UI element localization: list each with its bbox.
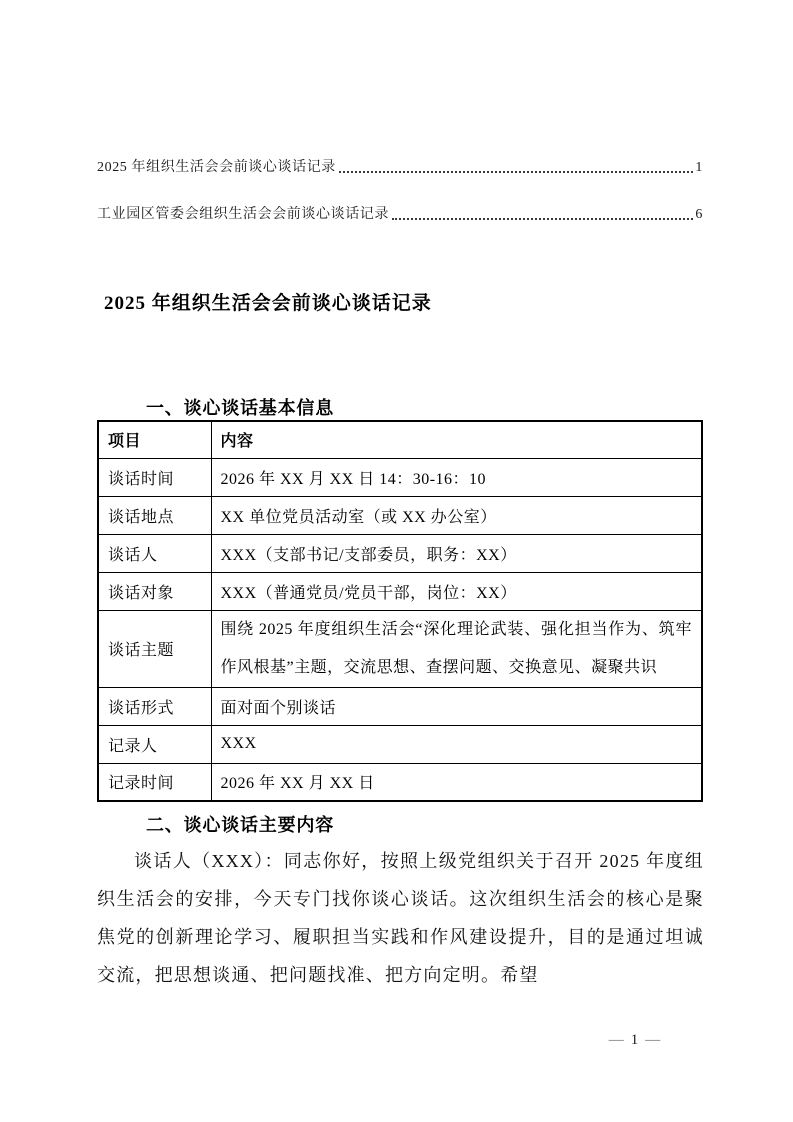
- row-value: 2026 年 XX 月 XX 日: [211, 763, 702, 801]
- table-of-contents: 2025 年组织生活会会前谈心谈话记录 1 工业园区管委会组织生活会会前谈心谈话…: [97, 156, 703, 250]
- toc-entry-label: 工业园区管委会组织生活会会前谈心谈话记录: [97, 203, 389, 223]
- section-heading-basic-info: 一、谈心谈话基本信息: [146, 394, 334, 420]
- table-header-content: 内容: [211, 421, 702, 458]
- table-row: 谈话主题 围绕 2025 年度组织生活会“深化理论武装、强化担当作为、筑牢作风根…: [98, 610, 702, 687]
- page-number-footer: —1—: [590, 1032, 680, 1049]
- row-value: 围绕 2025 年度组织生活会“深化理论武装、强化担当作为、筑牢作风根基”主题，…: [211, 610, 702, 687]
- table-row: 谈话人 XXX（支部书记/支部委员，职务：XX）: [98, 534, 702, 572]
- talk-content-paragraph: 谈话人（XXX）：同志你好，按照上级党组织关于召开 2025 年度组织生活会的安…: [97, 842, 704, 994]
- toc-entry: 工业园区管委会组织生活会会前谈心谈话记录 6: [97, 203, 703, 223]
- document-page: 2025 年组织生活会会前谈心谈话记录 1 工业园区管委会组织生活会会前谈心谈话…: [0, 0, 793, 1122]
- row-label: 记录时间: [98, 763, 211, 801]
- row-value: XXX: [211, 725, 702, 763]
- toc-entry-page-number: 1: [695, 160, 703, 176]
- row-label: 记录人: [98, 725, 211, 763]
- toc-dot-leader: [392, 218, 693, 220]
- table-row: 谈话对象 XXX（普通党员/党员干部，岗位：XX）: [98, 572, 702, 610]
- toc-entry-label: 2025 年组织生活会会前谈心谈话记录: [97, 156, 336, 176]
- row-label: 谈话地点: [98, 496, 211, 534]
- row-value: 2026 年 XX 月 XX 日 14：30-16：10: [211, 458, 702, 496]
- section-heading-main-content: 二、谈心谈话主要内容: [146, 811, 334, 837]
- toc-entry-page-number: 6: [695, 207, 703, 223]
- table-header-item: 项目: [98, 421, 211, 458]
- table-header-row: 项目 内容: [98, 421, 702, 458]
- row-value: 面对面个别谈话: [211, 687, 702, 725]
- table-row: 记录人 XXX: [98, 725, 702, 763]
- table-row: 谈话地点 XX 单位党员活动室（或 XX 办公室）: [98, 496, 702, 534]
- row-label: 谈话主题: [98, 610, 211, 687]
- table-row: 谈话形式 面对面个别谈话: [98, 687, 702, 725]
- footer-page-number: 1: [631, 1032, 640, 1048]
- footer-dash-right: —: [639, 1032, 667, 1048]
- document-title: 2025 年组织生活会会前谈心谈话记录: [104, 288, 432, 315]
- row-label: 谈话人: [98, 534, 211, 572]
- row-value: XXX（支部书记/支部委员，职务：XX）: [211, 534, 702, 572]
- toc-entry: 2025 年组织生活会会前谈心谈话记录 1: [97, 156, 703, 176]
- row-value: XX 单位党员活动室（或 XX 办公室）: [211, 496, 702, 534]
- row-label: 谈话形式: [98, 687, 211, 725]
- talk-info-table: 项目 内容 谈话时间 2026 年 XX 月 XX 日 14：30-16：10 …: [97, 420, 703, 802]
- row-label: 谈话对象: [98, 572, 211, 610]
- table-row: 谈话时间 2026 年 XX 月 XX 日 14：30-16：10: [98, 458, 702, 496]
- row-value: XXX（普通党员/党员干部，岗位：XX）: [211, 572, 702, 610]
- table-row: 记录时间 2026 年 XX 月 XX 日: [98, 763, 702, 801]
- row-label: 谈话时间: [98, 458, 211, 496]
- toc-dot-leader: [339, 171, 693, 173]
- footer-dash-left: —: [603, 1032, 631, 1048]
